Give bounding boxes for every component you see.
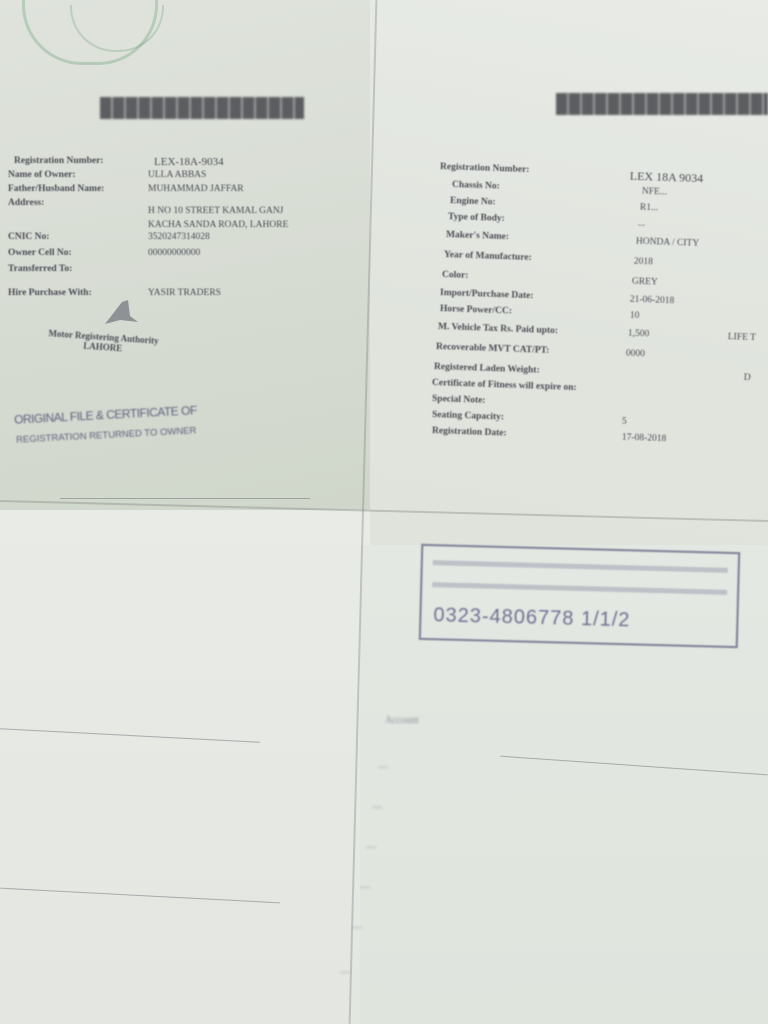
field-label: Color: xyxy=(442,270,469,281)
field-value: ... xyxy=(638,219,645,229)
field-row: Hire Purchase With:YASIR TRADERS xyxy=(8,288,92,298)
handwritten-note: .... xyxy=(352,920,362,931)
field-label: Address: xyxy=(8,198,44,208)
stamp-text-line xyxy=(432,582,727,595)
field-value: 5 xyxy=(622,417,627,427)
field-label: Owner Cell No: xyxy=(8,248,72,258)
field-row: Maker's Name:HONDA / CITY xyxy=(446,230,509,242)
handwritten-note: .... xyxy=(340,965,350,976)
handwritten-note: Account xyxy=(385,715,419,726)
field-row: Transferred To: xyxy=(8,264,72,274)
field-extra: D xyxy=(744,373,751,383)
field-value: GREY xyxy=(632,277,658,288)
field-value: LEX 18A 9034 xyxy=(630,169,704,187)
field-row: CNIC No:3520247314028 xyxy=(8,232,49,242)
field-label: Registration Number: xyxy=(14,156,103,166)
field-value: 3520247314028 xyxy=(148,232,210,242)
field-value: 17-08-2018 xyxy=(622,433,667,445)
field-label: Special Note: xyxy=(432,394,486,406)
field-row: Engine No:R1... xyxy=(450,196,496,208)
handwritten-note: .... xyxy=(378,760,388,771)
field-row: Registration Number:LEX-18A-9034 xyxy=(14,156,103,166)
field-value: NFE... xyxy=(642,187,667,198)
handwritten-note: .... xyxy=(366,840,376,851)
field-row: Name of Owner:ULLA ABBAS xyxy=(8,170,76,180)
field-value: 1,500 xyxy=(628,329,650,340)
document-page-top-right xyxy=(370,0,768,570)
field-value: R1... xyxy=(640,203,659,214)
field-value: KACHA SANDA ROAD, LAHORE xyxy=(148,220,288,230)
signature-logo-icon xyxy=(100,296,140,328)
field-row: Owner Cell No:00000000000 xyxy=(8,248,72,258)
field-value: LEX-18A-9034 xyxy=(154,156,224,168)
field-value: 21-06-2018 xyxy=(630,295,675,307)
field-value: MUHAMMAD JAFFAR xyxy=(148,184,244,194)
field-label: Transferred To: xyxy=(8,264,72,274)
field-row: Color:GREY xyxy=(442,270,469,281)
field-value: 10 xyxy=(630,311,640,321)
divider xyxy=(60,498,310,499)
field-row: Chassis No:NFE... xyxy=(452,180,500,192)
field-row: Address:H NO 10 STREET KAMAL GANJ xyxy=(8,198,44,208)
field-label: Name of Owner: xyxy=(8,170,76,180)
handwritten-note: .... xyxy=(360,880,370,891)
field-label: Maker's Name: xyxy=(446,230,509,242)
barcode-left xyxy=(100,97,304,119)
field-label: CNIC No: xyxy=(8,232,49,242)
field-label: Engine No: xyxy=(450,196,496,208)
field-value: 0000 xyxy=(626,349,645,360)
barcode-right xyxy=(556,93,768,115)
document-page-bottom-left xyxy=(0,510,370,1024)
document-page-top-left xyxy=(0,0,395,525)
field-value: H NO 10 STREET KAMAL GANJ xyxy=(148,206,283,216)
field-value: 00000000000 xyxy=(148,248,200,258)
field-label: Type of Body: xyxy=(448,212,505,224)
field-label: Chassis No: xyxy=(452,180,500,192)
stamp-text-line xyxy=(433,560,728,573)
field-label: Hire Purchase With: xyxy=(8,288,92,298)
field-value: YASIR TRADERS xyxy=(148,288,221,298)
stamp-phone: 0323-4806778 1/1/2 xyxy=(433,604,631,632)
field-value: ULLA ABBAS xyxy=(148,170,206,180)
field-value: 2018 xyxy=(634,257,653,268)
field-row: Father/Husband Name:MUHAMMAD JAFFAR xyxy=(8,184,104,194)
field-row: Type of Body:... xyxy=(448,212,505,224)
handwritten-note: .... xyxy=(372,800,382,811)
field-extra: LIFE T xyxy=(728,332,756,343)
field-row: Special Note: xyxy=(432,394,486,406)
field-label: Father/Husband Name: xyxy=(8,184,104,194)
dealer-stamp-box: 0323-4806778 1/1/2 xyxy=(419,544,740,648)
